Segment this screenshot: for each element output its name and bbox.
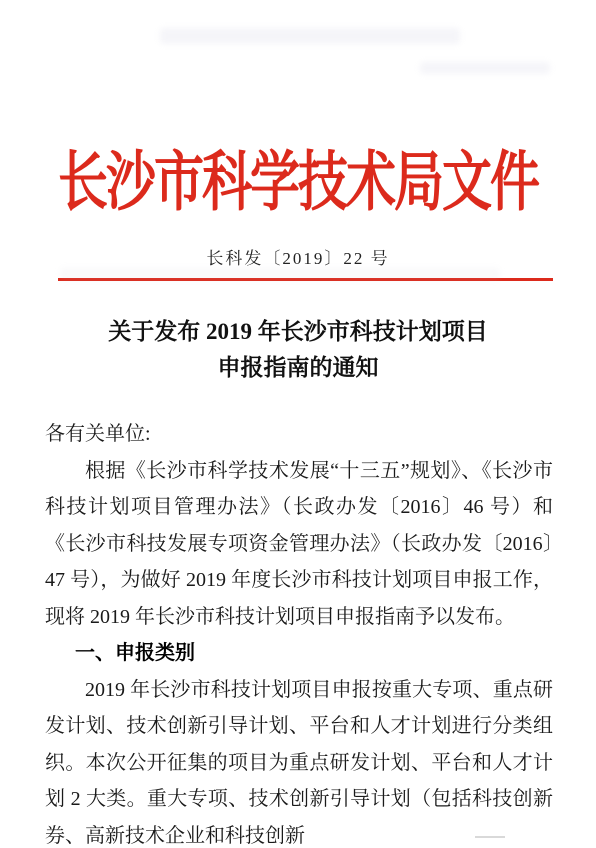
document-reference-number: 长科发〔2019〕22 号 [0,244,596,269]
red-divider-line [58,278,553,281]
body-paragraph-2: 2019 年长沙市科技计划项目申报按重大专项、重点研发计划、技术创新引导计划、平… [45,672,553,848]
scan-artifact-mark [475,836,505,838]
document-body: 各有关单位: 根据《长沙市科学技术发展“十三五”规划》、《长沙市科技计划项目管理… [0,416,596,848]
body-paragraph-1: 根据《长沙市科学技术发展“十三五”规划》、《长沙市科技计划项目管理办法》（长政办… [45,453,553,636]
agency-masthead-title: 长沙市科学技术局文件 [0,0,596,224]
subject-title-line1: 关于发布 2019 年长沙市科技计划项目 [0,314,596,350]
subject-title-line2: 申报指南的通知 [0,350,596,386]
document-page: 长沙市科学技术局文件 长科发〔2019〕22 号 关于发布 2019 年长沙市科… [0,0,596,848]
section-heading-1: 一、申报类别 [45,635,553,672]
document-subject-title: 关于发布 2019 年长沙市科技计划项目 申报指南的通知 [0,314,596,386]
salutation: 各有关单位: [45,416,553,453]
